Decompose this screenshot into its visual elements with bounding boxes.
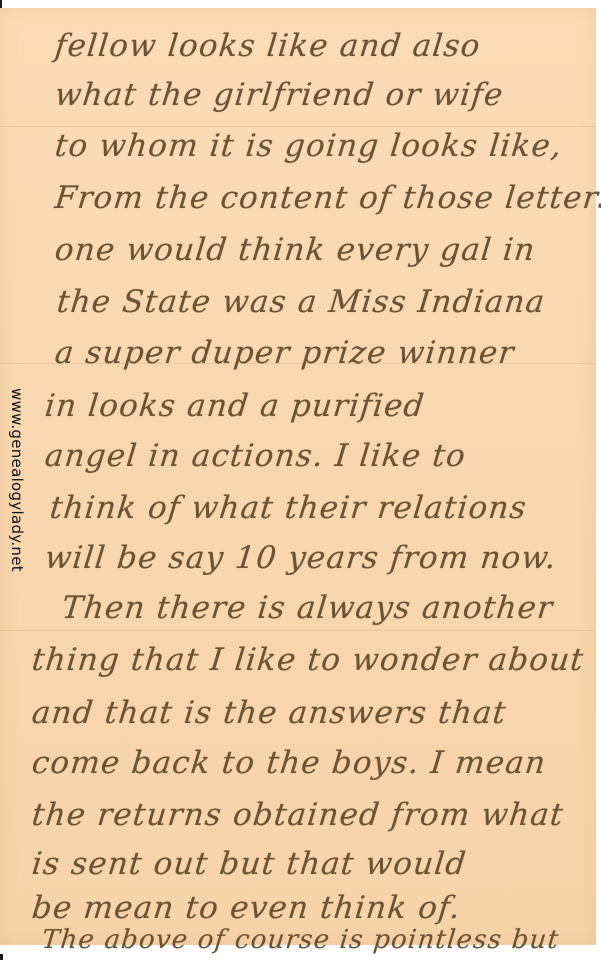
text-line: the returns obtained from what xyxy=(30,795,566,835)
text-line: Then there is always another xyxy=(60,588,555,628)
text-line: the State was a Miss Indiana xyxy=(55,282,548,322)
text-line: is sent out but that would xyxy=(30,844,469,884)
paper-fold-line xyxy=(0,630,596,631)
text-line: come back to the boys. I mean xyxy=(30,743,548,783)
text-line: what the girlfriend or wife xyxy=(53,75,506,115)
text-line: and that is the answers that xyxy=(30,693,509,733)
text-line: will be say 10 years from now. xyxy=(43,538,559,578)
text-line: The above of course is pointless but xyxy=(40,920,561,960)
scan-edge-mark-bottom xyxy=(0,954,3,960)
document-scan: www.genealogylady.net fellow looks like … xyxy=(0,0,601,960)
text-line: a super duper prize winner xyxy=(53,333,517,373)
text-line: think of what their relations xyxy=(48,488,529,528)
text-line: fellow looks like and also xyxy=(53,26,483,66)
text-line: angel in actions. I like to xyxy=(43,436,468,476)
text-line: thing that I like to wonder about xyxy=(30,640,586,680)
text-line: to whom it is going looks like, xyxy=(53,126,564,166)
text-line: one would think every gal in xyxy=(53,230,538,270)
letter-page: www.genealogylady.net fellow looks like … xyxy=(0,8,596,945)
text-line: in looks and a purified xyxy=(43,386,427,426)
watermark-text: www.genealogylady.net xyxy=(6,388,28,588)
text-line: From the content of those letters xyxy=(53,178,601,218)
